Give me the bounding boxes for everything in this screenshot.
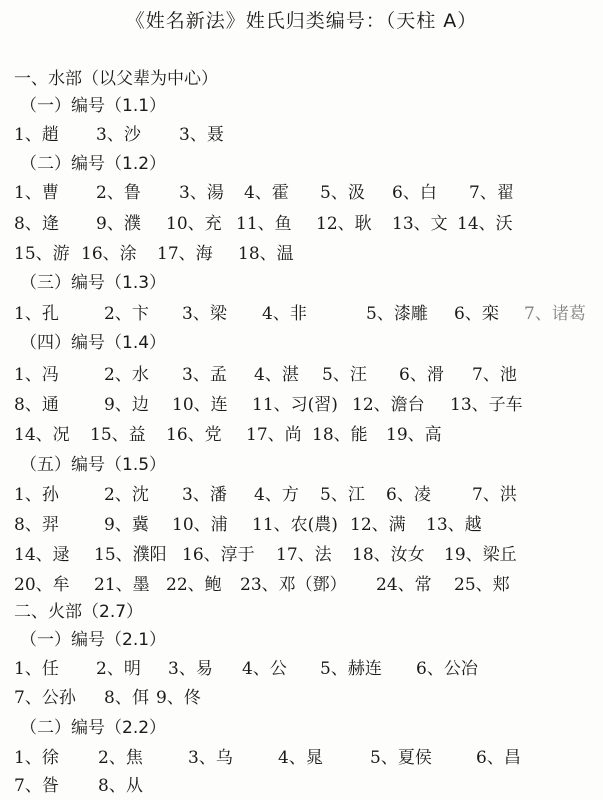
- surname-entry: 9、边: [104, 392, 149, 418]
- surname-entry: 4、晁: [278, 745, 323, 771]
- surname-entry: 6、白: [392, 180, 437, 206]
- surname-entry: 5、汲: [320, 180, 365, 206]
- group-heading-1-3: （三）编号（1.3）: [20, 270, 166, 296]
- surname-entry: 24、常: [376, 572, 432, 598]
- surname-entry: 9、濮: [96, 211, 141, 237]
- surname-entry: 17、法: [276, 542, 332, 568]
- surname-entry: 21、墨: [94, 572, 150, 598]
- surname-entry: 5、漆雕: [366, 301, 428, 327]
- surname-entry: 13、子车: [450, 392, 523, 418]
- surname-entry: 7、昝: [14, 773, 59, 799]
- surname-entry: 3、沙: [96, 122, 141, 148]
- surname-entry: 6、栾: [454, 301, 499, 327]
- surname-entry: 8、逄: [14, 211, 59, 237]
- surname-entry: 18、温: [238, 241, 294, 267]
- group-heading-1-5: （五）编号（1.5）: [20, 452, 166, 478]
- section-heading-fire: 二、火部（2.7）: [14, 599, 143, 625]
- surname-entry: 16、党: [166, 422, 222, 448]
- surname-entry: 2、鲁: [96, 180, 141, 206]
- surname-entry: 4、非: [262, 301, 307, 327]
- surname-entry: 3、潘: [182, 482, 227, 508]
- surname-entry: 7、公孙: [14, 685, 76, 711]
- surname-entry: 23、邓（鄧）: [240, 572, 347, 598]
- surname-entry: 5、夏侯: [370, 745, 432, 771]
- surname-entry: 2、焦: [98, 745, 143, 771]
- group-heading-2-1: （一）编号（2.1）: [20, 627, 166, 653]
- surname-entry: 5、江: [320, 482, 365, 508]
- surname-entry: 12、满: [350, 512, 406, 538]
- surname-entry: 8、羿: [14, 512, 59, 538]
- surname-entry: 1、曹: [14, 180, 59, 206]
- surname-entry: 20、牟: [14, 572, 70, 598]
- surname-entry: 3、乌: [188, 745, 233, 771]
- surname-entry: 10、充: [166, 211, 222, 237]
- surname-entry: 3、梁: [182, 301, 227, 327]
- surname-entry: 19、高: [386, 422, 442, 448]
- group-heading-1-4: （四）编号（1.4）: [20, 330, 166, 356]
- surname-entry: 19、梁丘: [444, 542, 517, 568]
- surname-entry: 3、湯: [179, 180, 224, 206]
- surname-entry: 14、况: [14, 422, 70, 448]
- surname-entry: 16、涂: [81, 241, 137, 267]
- surname-entry: 6、公冶: [416, 656, 478, 682]
- surname-entry: 5、汪: [322, 362, 367, 388]
- surname-entry: 3、易: [168, 656, 213, 682]
- surname-entry: 14、逯: [14, 542, 70, 568]
- document-title: 《姓名新法》姓氏归类编号：（天柱 A）: [0, 6, 603, 33]
- surname-entry: 7、洪: [472, 482, 517, 508]
- surname-entry: 6、滑: [399, 362, 444, 388]
- surname-entry: 1、趙: [14, 122, 59, 148]
- surname-entry: 17、海: [157, 241, 213, 267]
- surname-entry: 15、益: [90, 422, 146, 448]
- surname-entry: 25、郏: [454, 572, 510, 598]
- surname-entry: 4、公: [242, 656, 287, 682]
- surname-entry: 11、鱼: [236, 211, 292, 237]
- surname-entry: 1、孔: [14, 301, 59, 327]
- surname-entry: 13、文: [392, 211, 448, 237]
- surname-entry: 4、方: [254, 482, 299, 508]
- surname-entry: 12、耿: [316, 211, 372, 237]
- surname-entry: 22、鲍: [166, 572, 222, 598]
- surname-entry: 4、湛: [254, 362, 299, 388]
- surname-entry: 15、濮阳: [94, 542, 167, 568]
- surname-entry: 14、沃: [457, 211, 513, 237]
- surname-entry: 2、沈: [104, 482, 149, 508]
- surname-entry: 8、从: [98, 773, 143, 799]
- surname-entry: 13、越: [426, 512, 482, 538]
- group-heading-1-1: （一）编号（1.1）: [20, 93, 166, 119]
- group-heading-1-2: （二）编号（1.2）: [20, 151, 166, 177]
- surname-entry: 4、霍: [244, 180, 289, 206]
- surname-entry: 11、农(農): [252, 512, 338, 538]
- surname-entry: 5、赫连: [320, 656, 382, 682]
- surname-entry: 1、冯: [14, 362, 59, 388]
- surname-entry: 7、诸葛: [524, 301, 586, 327]
- section-heading-water: 一、水部（以父辈为中心）: [14, 66, 218, 92]
- surname-entry: 16、淳于: [182, 542, 255, 568]
- surname-entry: 1、任: [14, 656, 59, 682]
- surname-entry: 1、徐: [14, 745, 59, 771]
- surname-entry: 11、习(習): [252, 392, 338, 418]
- surname-entry: 2、明: [96, 656, 141, 682]
- surname-entry: 10、连: [172, 392, 228, 418]
- surname-entry: 6、昌: [476, 745, 521, 771]
- surname-entry: 6、凌: [386, 482, 431, 508]
- surname-entry: 3、聂: [179, 122, 224, 148]
- surname-entry: 12、澹台: [352, 392, 425, 418]
- surname-entry: 9、佟: [156, 685, 201, 711]
- surname-entry: 3、孟: [182, 362, 227, 388]
- surname-entry: 9、冀: [104, 512, 149, 538]
- surname-entry: 10、浦: [172, 512, 228, 538]
- surname-entry: 15、游: [14, 241, 70, 267]
- surname-entry: 17、尚: [246, 422, 302, 448]
- surname-entry: 8、佴: [104, 685, 149, 711]
- surname-entry: 1、孙: [14, 482, 59, 508]
- surname-entry: 8、通: [14, 392, 59, 418]
- surname-entry: 2、卞: [104, 301, 149, 327]
- surname-entry: 18、能: [312, 422, 368, 448]
- surname-entry: 2、水: [104, 362, 149, 388]
- surname-entry: 18、汝女: [352, 542, 425, 568]
- surname-entry: 7、池: [472, 362, 517, 388]
- surname-entry: 7、翟: [469, 180, 514, 206]
- group-heading-2-2: （二）编号（2.2）: [20, 715, 166, 741]
